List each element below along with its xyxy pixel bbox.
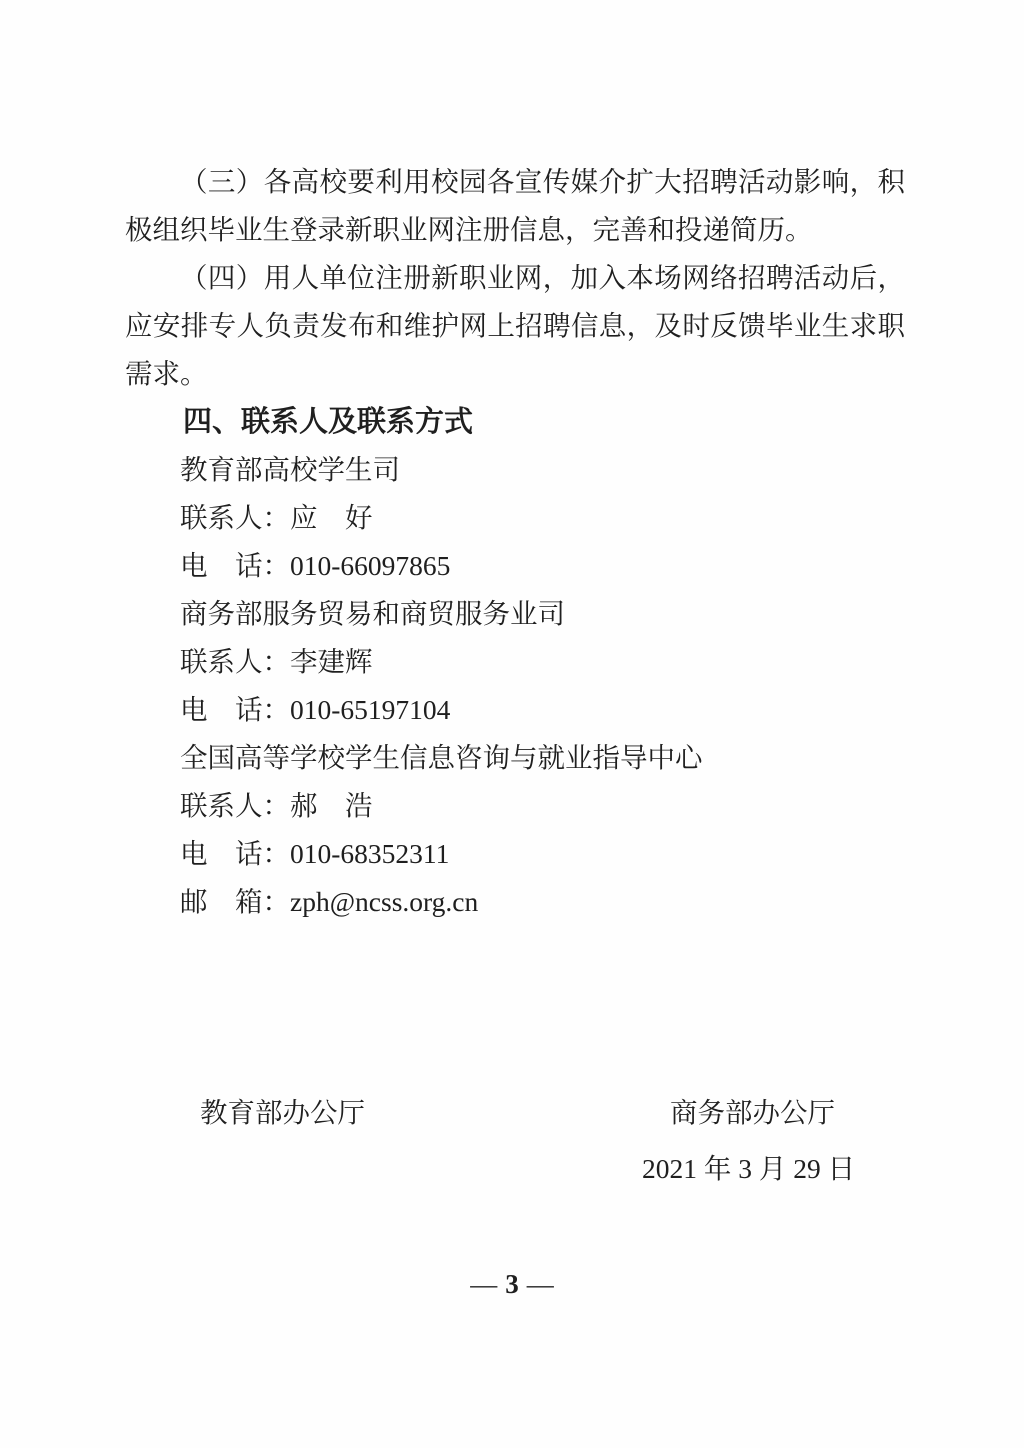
contact-line-person: 联系人：郝 浩 [125,782,905,830]
contact-line-person: 联系人：应 好 [125,494,905,542]
footer-dash-right: — [527,1269,554,1299]
page-number-footer: —3— [0,1268,1024,1300]
footer-page-number: 3 [505,1269,519,1299]
paragraph-line: 应安排专人负责发布和维护网上招聘信息，及时反馈毕业生求职 [125,302,905,350]
contact-line-phone: 电 话：010-68352311 [125,830,905,878]
contact-line-phone: 电 话：010-65197104 [125,686,905,734]
footer-dash-left: — [470,1269,497,1299]
contact-line-department: 全国高等学校学生信息咨询与就业指导中心 [125,734,905,782]
document-page: （三）各高校要利用校园各宣传媒介扩大招聘活动影响，积 极组织毕业生登录新职业网注… [0,0,1024,1448]
section-heading: 四、联系人及联系方式 [125,398,905,446]
contact-line-department: 商务部服务贸易和商贸服务业司 [125,590,905,638]
paragraph-line: 极组织毕业生登录新职业网注册信息，完善和投递简历。 [125,206,905,254]
contact-line-department: 教育部高校学生司 [125,446,905,494]
contact-line-email: 邮 箱：zph@ncss.org.cn [125,878,905,926]
signature-date: 2021 年 3 月 29 日 [642,1152,855,1186]
paragraph-line: （四）用人单位注册新职业网，加入本场网络招聘活动后， [125,254,905,302]
contact-line-person: 联系人：李建辉 [125,638,905,686]
contact-line-phone: 电 话：010-66097865 [125,542,905,590]
document-body: （三）各高校要利用校园各宣传媒介扩大招聘活动影响，积 极组织毕业生登录新职业网注… [125,158,905,926]
signature-left-org: 教育部办公厅 [200,1096,365,1130]
paragraph-line: 需求。 [125,350,905,398]
signature-right-org: 商务部办公厅 [670,1096,835,1130]
paragraph-line: （三）各高校要利用校园各宣传媒介扩大招聘活动影响，积 [125,158,905,206]
